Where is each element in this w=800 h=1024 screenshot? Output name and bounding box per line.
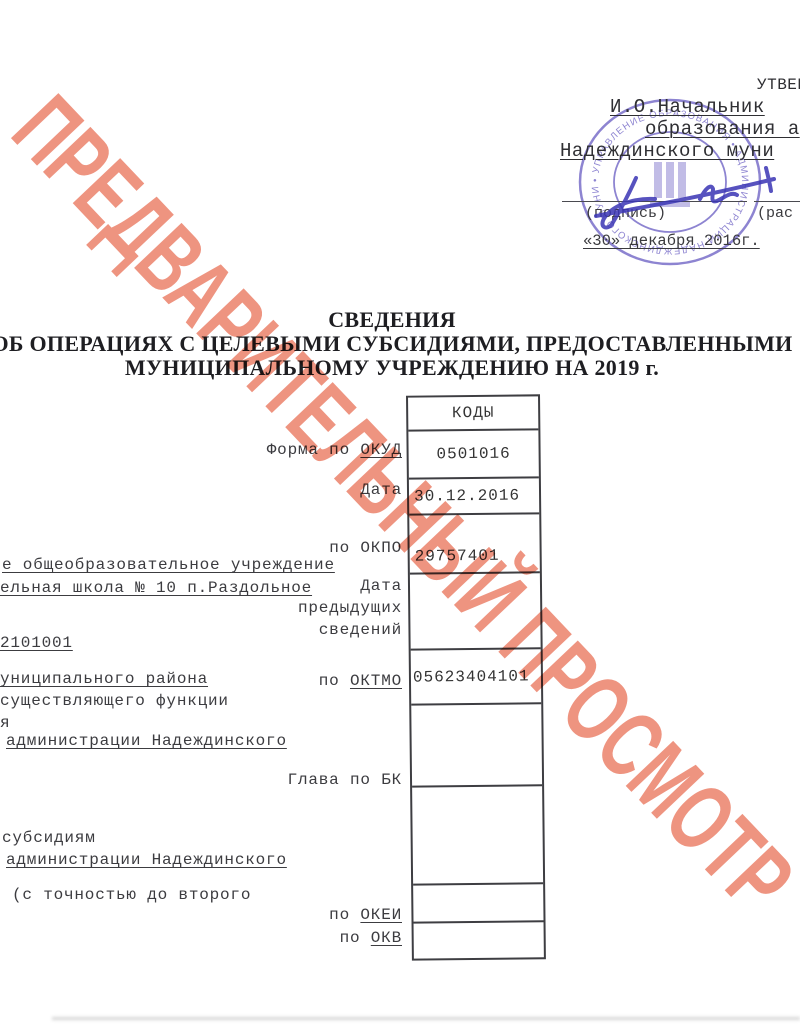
org-text-fragment: администрации Надеждинского [6,851,287,869]
title-line-1: СВЕДЕНИЯ [328,308,456,332]
glava-bk-label: Глава по БК [288,771,402,789]
oktmo-label-code: ОКТМО [350,672,402,690]
title-line-3: МУНИЦИПАЛЬНОМУ УЧРЕЖДЕНИЮ НА 2019 г. [125,356,659,380]
prev-date-label: Дата предыдущих сведений [298,575,402,641]
codes-table-cell-date: 30.12.2016 [409,478,539,515]
org-text-fragment: я [0,714,10,732]
codes-table-cell-okpo: 29757401 [409,514,540,574]
date-label: Дата [360,481,402,499]
okud-label-code: ОКУД [360,441,402,459]
codes-table-cell-empty [411,704,542,787]
org-text-fragment: е общеобразовательное учреждение [2,556,335,574]
codes-table-cell-glava [412,786,543,885]
okei-label-code: ОКЕИ [360,906,402,924]
okud-label-pre: Форма по [267,441,350,459]
org-text-fragment: ельная школа № 10 п.Раздольное [0,579,312,597]
prev-date-label-line-3: сведений [298,619,402,641]
scanned-document-page: • УПРАВЛЕНИЕ ОБРАЗОВАНИЯ • АДМИНИСТРАЦИИ… [0,0,800,1024]
codes-table-cell-okei [413,884,543,923]
cropped-table-edge [52,1017,800,1020]
okv-label: по ОКВ [340,929,402,947]
codes-table-cell-oktmo: 05623404101 [411,649,542,705]
inn-fragment: 2101001 [0,634,73,652]
prev-date-label-line-2: предыдущих [298,597,402,619]
okv-label-pre: по [340,929,361,947]
okv-label-code: ОКВ [371,929,402,947]
org-text-fragment: администрации Надеждинского [6,732,287,750]
okpo-label: по ОКПО [329,539,402,557]
codes-table: КОДЫ 0501016 30.12.2016 29757401 0562340… [406,394,546,960]
codes-table-cell-okud: 0501016 [408,430,538,479]
codes-table-header: КОДЫ [408,396,538,431]
signature-scribble-icon [0,0,800,300]
codes-table-cell-okv [414,922,544,960]
okei-label: по ОКЕИ [329,906,402,924]
codes-table-cell-prev-date [410,573,541,650]
org-text-fragment: субсидиям [2,829,96,847]
org-text-fragment: существляющего функции [0,692,229,710]
title-line-2: ОБ ОПЕРАЦИЯХ С ЦЕЛЕВЫМИ СУБСИДИЯМИ, ПРЕД… [0,332,793,356]
okud-label: Форма по ОКУД [267,441,402,459]
org-text-fragment: униципального района [0,670,208,688]
okei-label-pre: по [329,906,350,924]
org-text-fragment: (с точностью до второго [12,886,251,904]
prev-date-label-line-1: Дата [298,575,402,597]
oktmo-label: по ОКТМО [319,672,402,690]
oktmo-label-pre: по [319,672,340,690]
